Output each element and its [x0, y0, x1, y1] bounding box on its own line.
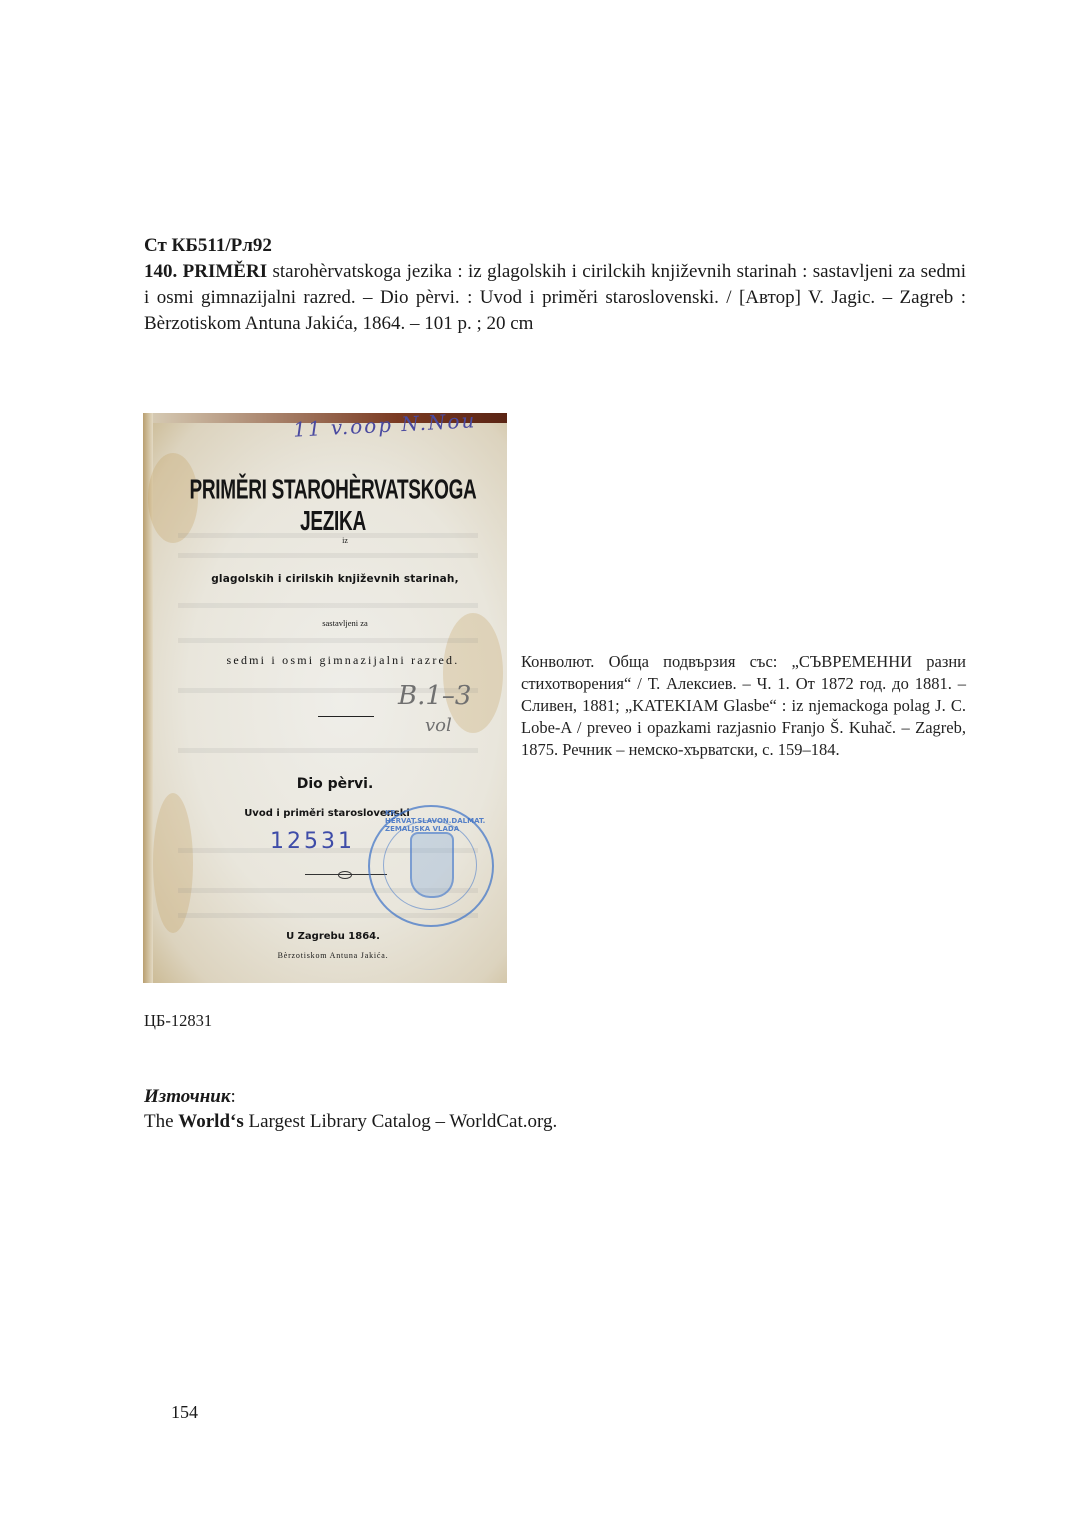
- entry-description: starohèrvatskoga jezika : iz glagolskih …: [144, 261, 966, 334]
- inventory-number: ЦБ-12831: [144, 1011, 212, 1031]
- handwritten-inscription: 11 v.oop N.Nou: [292, 413, 476, 442]
- bleed-through-line: [178, 748, 478, 753]
- book-title-page-photo: 11 v.oop N.Nou PRIMĚRI STAROHÈRVATSKOGA …: [143, 413, 507, 983]
- page-number: 154: [171, 1402, 198, 1423]
- pencil-note: B.1–3: [398, 681, 471, 711]
- library-stamp: KR. HERVAT.SLAVON.DALMAT. ZEMALJSKA VLAD…: [368, 805, 494, 927]
- book-subtitle: glagolskih i cirilskih književnih starin…: [153, 573, 507, 585]
- book-place-year: U Zagrebu 1864.: [151, 931, 507, 942]
- pencil-note: vol: [425, 715, 452, 736]
- bleed-through-line: [178, 638, 478, 643]
- book-title: PRIMĚRI STAROHÈRVATSKOGA JEZIKA: [163, 475, 503, 539]
- source-text-bold: World‘s: [178, 1111, 243, 1132]
- book-classes: sedmi i osmi gimnazijalni razred.: [161, 653, 507, 668]
- shelfmark: Ст КБ511/Рл92: [144, 233, 272, 259]
- bleed-through-line: [178, 553, 478, 558]
- source-label: Източник:: [144, 1086, 236, 1108]
- book-part: Dio pèrvi.: [153, 776, 507, 792]
- stamp-text: KR. HERVAT.SLAVON.DALMAT. ZEMALJSKA VLAD…: [385, 809, 492, 833]
- convolute-note: Конволют. Обща подвързия със: „СЪВРЕМЕНН…: [521, 651, 966, 761]
- source-label-colon: :: [230, 1086, 235, 1107]
- bleed-through-line: [178, 603, 478, 608]
- entry-number: 140.: [144, 261, 177, 282]
- entry-title: PRIMĚRI: [183, 261, 267, 282]
- coat-of-arms-icon: [410, 832, 454, 898]
- catalog-entry: 140. PRIMĚRI starohèrvatskoga jezika : i…: [144, 259, 966, 337]
- source-text-post: Largest Library Catalog – WorldCat.org.: [244, 1111, 558, 1132]
- source-text: The World‘s Largest Library Catalog – Wo…: [144, 1111, 557, 1133]
- foxing-stain: [443, 613, 503, 733]
- book-printer: Bèrzotiskom Antuna Jakića.: [151, 951, 507, 960]
- source-text-pre: The: [144, 1111, 178, 1132]
- ornament-icon: [338, 871, 352, 879]
- ink-inventory-number: 12531: [270, 829, 355, 854]
- book-iz: iz: [163, 536, 507, 545]
- source-label-text: Източник: [144, 1086, 230, 1107]
- divider-rule: [318, 716, 374, 717]
- book-sastavljeni: sastavljeni za: [163, 618, 507, 628]
